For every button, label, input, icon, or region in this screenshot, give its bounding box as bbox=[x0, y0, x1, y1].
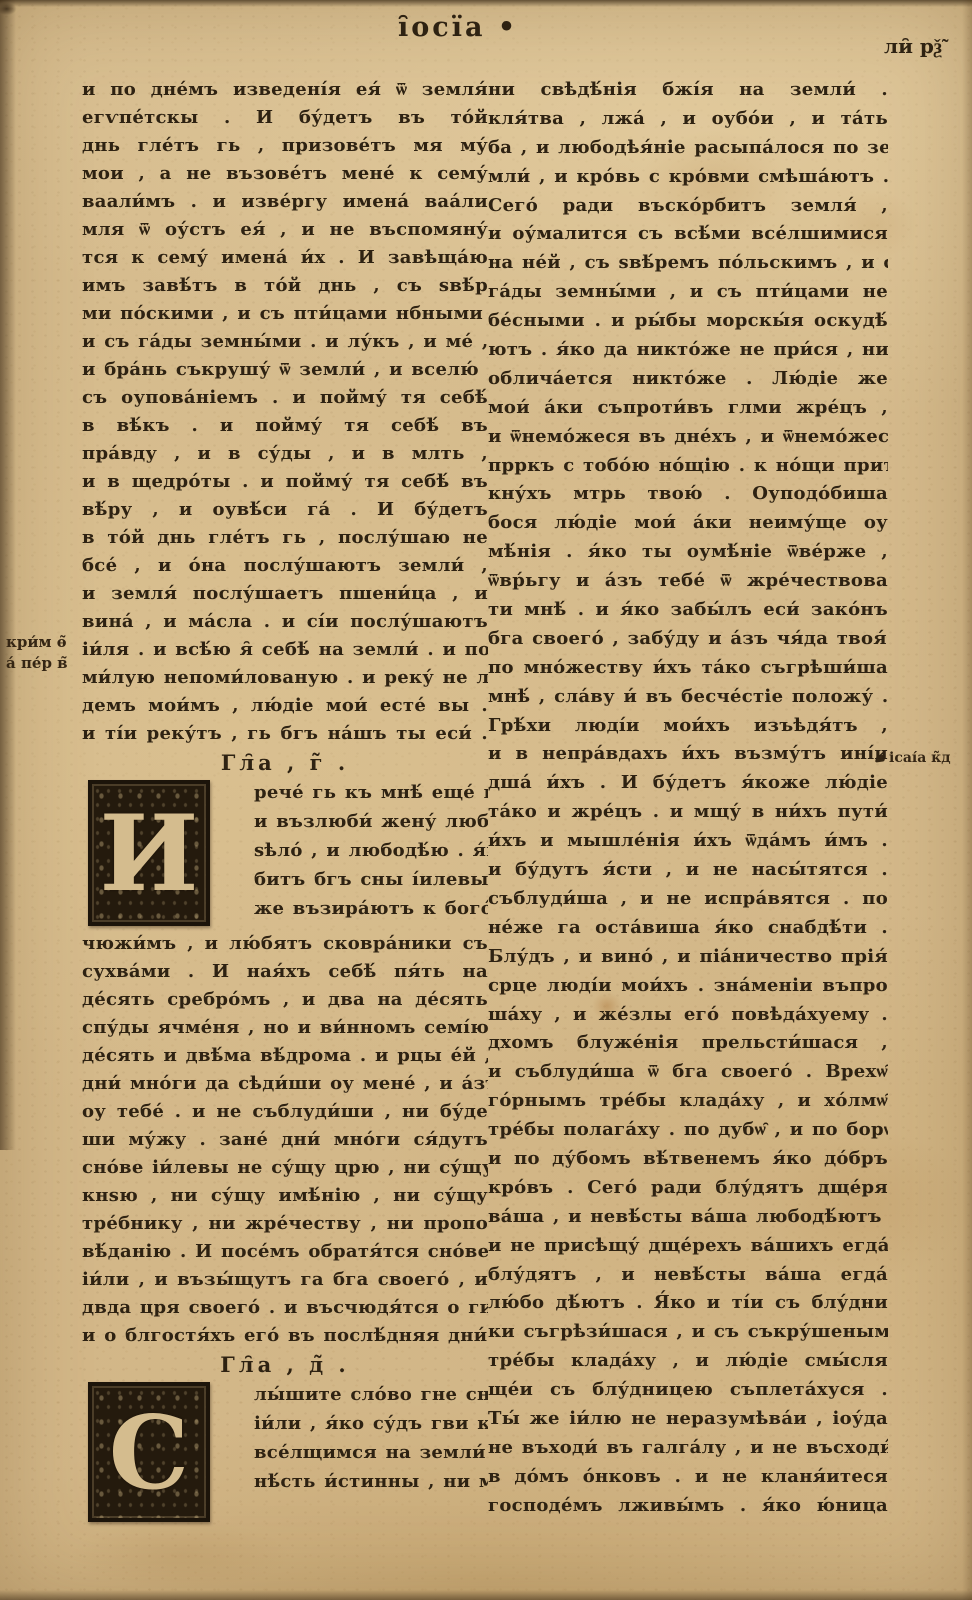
text-line: и по ду́бомъ вѣ́твенемъ я́ко до́бръ bbox=[488, 1145, 888, 1174]
text-line: бося лю́діе мои́ а́ки неиму́ще оу bbox=[488, 509, 888, 538]
text-line: двда цря своего́ . и въсчюдя́тся о ги bbox=[82, 1294, 488, 1322]
text-column-right: ни свѣдѣ́нія бжі́я на земли́ .кля́тва , … bbox=[488, 76, 888, 1521]
text-line: и не присѣщу́ дще́рехъ ва́шихъ егда́ bbox=[488, 1232, 888, 1261]
text-line: господе́мъ лживы́мъ . я́ко ю́ница bbox=[488, 1492, 888, 1521]
text-line: сно́ве іи́левы не су́щу црю , ни су́щу bbox=[82, 1154, 488, 1182]
text-column-left: и по дне́мъ изведені́я ея́ ѿ земля́егѵпе… bbox=[82, 76, 488, 1526]
text-line: тре́бы полага́ху . по дубѡ̑ , и по борѡ̑… bbox=[488, 1116, 888, 1145]
folio-number: ли̑ рѯ̃ bbox=[884, 34, 942, 59]
woodcut-initial-с: С bbox=[88, 1382, 210, 1522]
text-line: ва́ша , и невѣ́сты ва́ша любодѣ́ютъ . bbox=[488, 1203, 888, 1232]
margin-note-left-line: кри́м ѳ̃ bbox=[6, 632, 68, 653]
text-line: ми по́скими , и съ пти́цами нбными , bbox=[82, 300, 488, 328]
text-line: и земля́ послу́шаетъ пшени́ца , и bbox=[82, 580, 488, 608]
text-line: кну́хъ мтрь твою́ . Оуподо́биша bbox=[488, 480, 888, 509]
text-line: мнѣ́ , сла́ву и́ въ бесче́стіе положу́ . bbox=[488, 683, 888, 712]
text-line: Блу́дъ , и вино́ , и піа́ничество прія́ bbox=[488, 943, 888, 972]
text-line: же възира́ютъ к бого́мъ bbox=[254, 894, 488, 923]
text-line: бсе́ , и о́на послу́шаютъ земли́ , bbox=[82, 552, 488, 580]
text-line: нѣ́сть и́стинны , ни млти bbox=[254, 1467, 488, 1496]
text-line: ши му́жу . зане́ дни́ мно́ги ся́дутъ bbox=[82, 1126, 488, 1154]
text-line: не́же га оста́виша я́ко снабдѣ́ти . bbox=[488, 914, 888, 943]
text-line: го́рнымъ тре́бы клада́ху , и хо́лмѡ̑ bbox=[488, 1087, 888, 1116]
text-line: ваали́мъ . и изве́ргу имена́ ваа́ли bbox=[82, 188, 488, 216]
text-line: бга своего́ , забу́ду и а́зъ чя́да твоя́… bbox=[488, 625, 888, 654]
manuscript-page: і̑осїа • ли̑ рѯ̃ кри́м ѳ̃а́ пе́р в̃ ісаі… bbox=[0, 0, 972, 1600]
text-line: бе́сными . и ры́бы морскы́я оскудѣ́ bbox=[488, 307, 888, 336]
text-line: ти мнѣ́ . и я́ко забы́лъ еси́ зако́нъ bbox=[488, 596, 888, 625]
text-line: и възлюби́ жену́ любя́щую bbox=[254, 807, 488, 836]
text-line: Ты́ же іи́лю не неразумѣва́и , іоу́да bbox=[488, 1405, 888, 1434]
text-line: де́сять и двѣ́ма вѣ́дрома . и рцы е́й , bbox=[82, 1042, 488, 1070]
initial-letter: С bbox=[109, 1393, 189, 1512]
text-line: пра́вду , и в су́ды , и в млть , bbox=[82, 440, 488, 468]
text-line: все́лщимся на земли́ . зане́ bbox=[254, 1438, 488, 1467]
text-line: та́ко и жре́цъ . и мщу́ в ни́хъ пути́ bbox=[488, 798, 888, 827]
text-line: іи́ля . и всѣ́ю я̑ себѣ́ на земли́ . и п… bbox=[82, 636, 488, 664]
text-line: и бу́дутъ я́сти , и не насы́тятся . bbox=[488, 856, 888, 885]
page-edge-bottom bbox=[0, 1590, 972, 1600]
text-line: егѵпе́тскы . И бу́детъ въ то́й bbox=[82, 104, 488, 132]
text-line: тре́бнику , ни жре́честву , ни пропо bbox=[82, 1210, 488, 1238]
text-line: тся к сему́ имена́ и́х . И завѣща́ю bbox=[82, 244, 488, 272]
text-line: сухва́ми . И ная́хъ себѣ́ пя́ть на bbox=[82, 958, 488, 986]
parchment-stain bbox=[70, 1520, 290, 1590]
text-line: мои́ а́ки съпроти́въ глми жре́цъ , bbox=[488, 394, 888, 423]
text-line: прркъ с тобо́ю но́щію . к но́щи прит bbox=[488, 452, 888, 481]
text-line: и по дне́мъ изведені́я ея́ ѿ земля́ bbox=[82, 76, 488, 104]
text-line: битъ бгъ сны і́илевы . сі́и bbox=[254, 865, 488, 894]
margin-note-left-line: а́ пе́р в̃ bbox=[6, 653, 68, 674]
text-line: мли́ , и кро́вь с кро́вми смѣша́ютъ . bbox=[488, 163, 888, 192]
text-line: лы́шите сло́во гне сно́ве bbox=[254, 1380, 488, 1409]
text-line: рече́ гь къ мнѣ́ еще́ иди́ , bbox=[254, 778, 488, 807]
text-line: га́ды земны́ми , и съ пти́цами не bbox=[488, 278, 888, 307]
page-edge-top bbox=[0, 0, 972, 7]
corner-ink-mark bbox=[0, 0, 34, 22]
text-line: вѣ́ру , и оувѣ́си га́ . И бу́детъ bbox=[82, 496, 488, 524]
text-line: и́хъ и мышле́нія и́хъ ѿда́мъ и́мъ . bbox=[488, 827, 888, 856]
chapter-heading: Гл̑а , г̃ . bbox=[82, 748, 488, 778]
text-line: вѣ́данію . И посе́мъ обратя́тся сно́ве bbox=[82, 1238, 488, 1266]
text-line: ще́и съ блу́дницею съплета́хуся . bbox=[488, 1376, 888, 1405]
text-line: днь гле́тъ гь , призове́тъ мя му́ bbox=[82, 132, 488, 160]
margin-note-right-text: ісаі́а к̃д bbox=[889, 750, 951, 766]
page-edge-left bbox=[0, 0, 16, 1150]
text-line: тре́бы клада́ху , и лю́діе смы́сля bbox=[488, 1347, 888, 1376]
initial-letter: И bbox=[99, 791, 198, 915]
text-line: Грѣ́хи люді́и мои́хъ изъѣдя́тъ , bbox=[488, 712, 888, 741]
woodcut-initial-и: И bbox=[88, 780, 210, 926]
initial-segment: Ирече́ гь къ мнѣ́ еще́ иди́ ,и възлюби́ … bbox=[82, 778, 488, 930]
text-line: ки съгрѣзи́шася , и съ съкру́шеными bbox=[488, 1318, 888, 1347]
text-line: не въходи́ въ галга́лу , и не въсходи́те bbox=[488, 1434, 888, 1463]
text-line: блу́дятъ , и невѣ́сты ва́ша егда́ bbox=[488, 1261, 888, 1290]
text-line: съблуди́ша , и не испра́вятся . по bbox=[488, 885, 888, 914]
text-line: іи́ли , я́ко су́дъ гви къ bbox=[254, 1409, 488, 1438]
text-line: Сего́ ради въско́рбитъ земля́ , bbox=[488, 192, 888, 221]
text-line: дша́ и́хъ . И бу́детъ я́коже лю́діе bbox=[488, 769, 888, 798]
text-line: ютъ . я́ко да никто́же не при́ся , ни bbox=[488, 336, 888, 365]
text-line: и съ га́ды земны́ми . и лу́къ , и ме́ , bbox=[82, 328, 488, 356]
text-line: по мно́жеству и́хъ та́ко съгрѣши́ша bbox=[488, 654, 888, 683]
text-line: ѿвр́ьгу и а́зъ тебе́ ѿ жре́чествова bbox=[488, 567, 888, 596]
text-line: мои , а не възове́тъ мене́ к сему́ bbox=[82, 160, 488, 188]
text-line: де́сять сребро́мъ , и два на де́сять bbox=[82, 986, 488, 1014]
initial-segment: Слы́шите сло́во гне сно́веіи́ли , я́ко с… bbox=[82, 1380, 488, 1526]
text-line: и о блгостя́хъ его́ въ послѣ́дняя дни́ . bbox=[82, 1322, 488, 1350]
text-line: спу́ды ячме́ня , но и ви́нномъ семі́ю bbox=[82, 1014, 488, 1042]
margin-note-left: кри́м ѳ̃а́ пе́р в̃ bbox=[6, 632, 68, 674]
text-line: оу тебе́ . и не съблуди́ши , ни бу́де bbox=[82, 1098, 488, 1126]
text-line: в то́й днь гле́тъ гь , послу́шаю не bbox=[82, 524, 488, 552]
text-line: и съблуди́ша ѿ бга своего́ . Врехѡ̑ bbox=[488, 1058, 888, 1087]
text-line: дни́ мно́ги да сѣди́ши оу мене́ , и а́зъ bbox=[82, 1070, 488, 1098]
text-line: и в щедро́ты . и пойму́ тя себѣ́ въ bbox=[82, 468, 488, 496]
text-line: ми́лую непоми́лованую . и реку́ не лю́ bbox=[82, 664, 488, 692]
text-line: чюжи́мъ , и лю́бятъ сковра́ники съ bbox=[82, 930, 488, 958]
text-line: кля́тва , лжа́ , и оубо́и , и та́ть bbox=[488, 105, 888, 134]
text-line: и бра́нь съкрушу́ ѿ земли́ , и вселю́ я̑ bbox=[82, 356, 488, 384]
text-line: съ оупова́ніемъ . и пойму́ тя себѣ́ bbox=[82, 384, 488, 412]
text-line: и ѿнемо́жеся въ дне́хъ , и ѿнемо́жеся bbox=[488, 423, 888, 452]
text-line: лю́бо дѣ́ютъ . Я́ко и ті́и съ блу́дни bbox=[488, 1289, 888, 1318]
text-line: вина́ , и ма́сла . и сі́и послу́шаютъ bbox=[82, 608, 488, 636]
text-line: мѣ́нія . я́ко ты оумѣ́ніе ѿве́рже , bbox=[488, 538, 888, 567]
text-line: облича́ется никто́же . Лю́діе же bbox=[488, 365, 888, 394]
initial-indented-lines: лы́шите сло́во гне сно́веіи́ли , я́ко су… bbox=[254, 1380, 488, 1496]
text-line: мля ѿ оу́стъ ея́ , и не въспомяну́ bbox=[82, 216, 488, 244]
text-line: срце люді́и мои́хъ . зна́меніи въпро bbox=[488, 972, 888, 1001]
text-line: іи́ли , и възы́щутъ га бга своего́ , и bbox=[82, 1266, 488, 1294]
text-line: и ті́и реку́тъ , гь бгъ на́шъ ты еси́ . bbox=[82, 720, 488, 748]
chapter-heading: Гл̑а , д̃ . bbox=[82, 1350, 488, 1380]
text-line: и в непра́вдахъ и́хъ възму́тъ ині́и bbox=[488, 740, 888, 769]
text-line: и оу́малится съ всѣ́ми все́лшимися bbox=[488, 220, 888, 249]
text-line: демъ мои́мъ , лю́діе мои́ есте́ вы . bbox=[82, 692, 488, 720]
initial-indented-lines: рече́ гь къ мнѣ́ еще́ иди́ ,и възлюби́ ж… bbox=[254, 778, 488, 923]
text-line: кнѕю , ни су́щу имѣ́нію , ни су́щу bbox=[82, 1182, 488, 1210]
text-line: ни свѣдѣ́нія бжі́я на земли́ . bbox=[488, 76, 888, 105]
page-edge-right bbox=[962, 0, 972, 1600]
text-line: ба , и любодѣя́ніе расыпа́лося по зе bbox=[488, 134, 888, 163]
running-title: і̑осїа • bbox=[398, 12, 518, 43]
text-line: ѕѣло́ , и любодѣ́ю . я́ко лю́ bbox=[254, 836, 488, 865]
text-line: имъ завѣ́тъ в то́й днь , съ ѕвѣ́р bbox=[82, 272, 488, 300]
text-line: кро́въ . Сего́ ради блу́дятъ дще́ря bbox=[488, 1174, 888, 1203]
text-line: ша́ху , и же́злы его́ повѣда́хуему . bbox=[488, 1001, 888, 1030]
text-line: на не́й , съ ѕвѣ́ремъ по́льскимъ , и съ bbox=[488, 249, 888, 278]
text-line: в вѣ́къ . и пойму́ тя себѣ́ въ bbox=[82, 412, 488, 440]
text-line: дхомъ блуже́нія прельсти́шася , bbox=[488, 1029, 888, 1058]
text-line: в до́мъ о́нковъ . и не кланя́итеся bbox=[488, 1463, 888, 1492]
